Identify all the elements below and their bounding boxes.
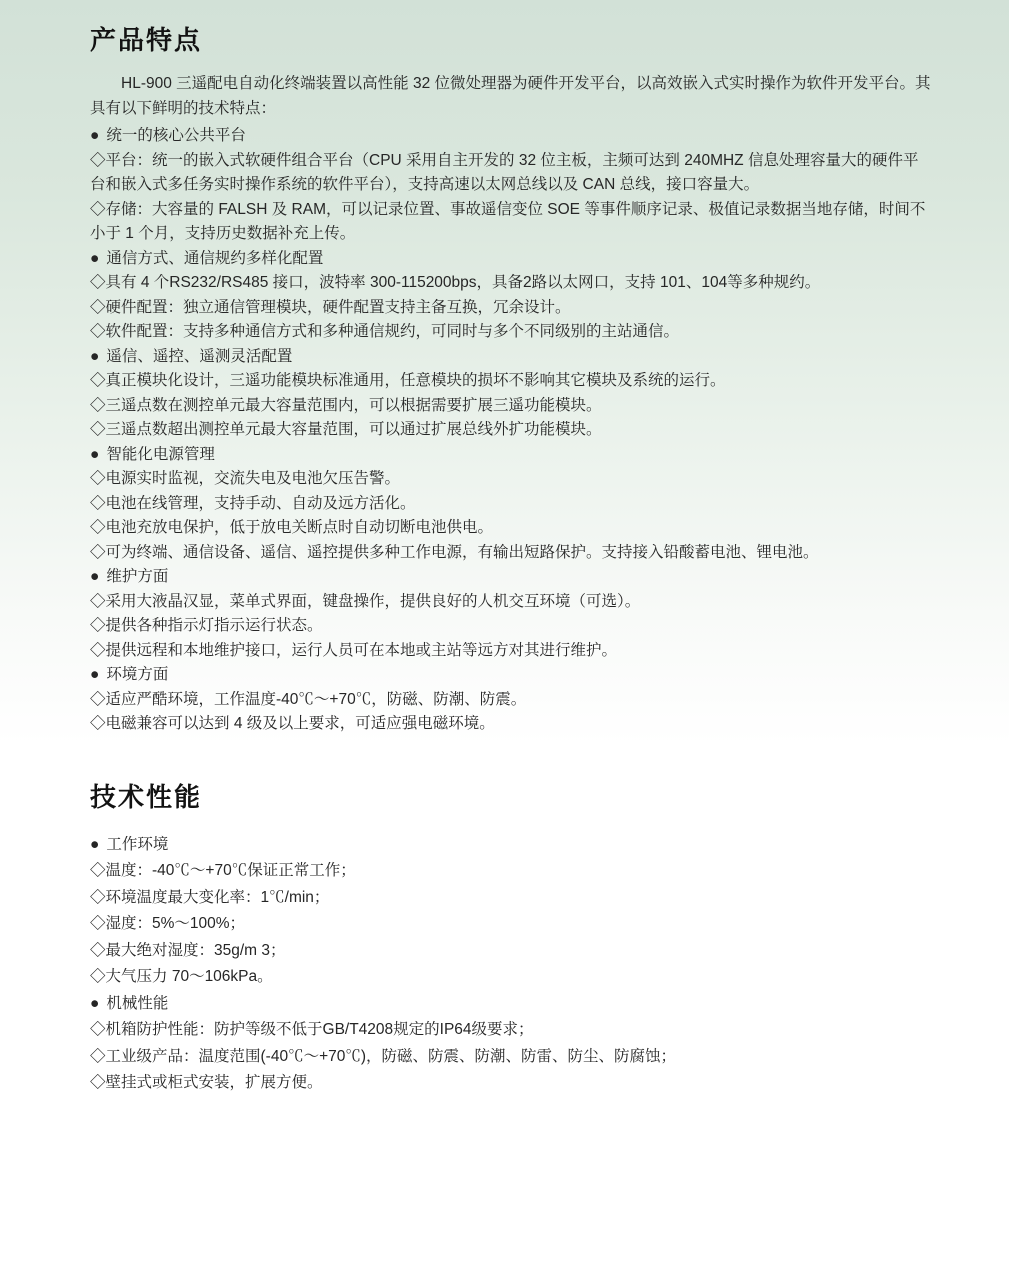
section-features: 产品特点 HL-900 三遥配电自动化终端装置以高性能 32 位微处理器为硬件开… (90, 20, 933, 737)
feature-text: 电池充放电保护，低于放电关断点时自动切断电池供电。 (106, 519, 494, 536)
list-item: ●维护方面 (90, 565, 933, 590)
bullet-icon: ● (90, 995, 99, 1012)
list-item: ●工作环境 (90, 832, 933, 859)
list-item: ◇硬件配置：独立通信管理模块，硬件配置支持主备互换，冗余设计。 (90, 296, 933, 321)
feature-text: 提供各种指示灯指示运行状态。 (106, 617, 323, 634)
diamond-icon: ◇ (90, 715, 106, 732)
spec-text: 工作环境 (106, 836, 168, 853)
bullet-icon: ● (90, 127, 99, 144)
feature-text: 电池在线管理，支持手动、自动及远方活化。 (106, 495, 416, 512)
list-item: ◇温度：-40℃～+70℃保证正常工作； (90, 858, 933, 885)
feature-text: 可为终端、通信设备、遥信、遥控提供多种工作电源，有输出短路保护。支持接入铅酸蓄电… (106, 544, 819, 561)
list-item: ◇电磁兼容可以达到 4 级及以上要求，可适应强电磁环境。 (90, 712, 933, 737)
list-item: ◇适应严酷环境，工作温度-40℃～+70℃，防磁、防潮、防震。 (90, 688, 933, 713)
bullet-icon: ● (90, 348, 99, 365)
feature-text: 提供远程和本地维护接口，运行人员可在本地或主站等远方对其进行维护。 (106, 642, 618, 659)
diamond-icon: ◇ (90, 1048, 106, 1065)
list-item: ◇具有 4 个RS232/RS485 接口，波特率 300-115200bps，… (90, 271, 933, 296)
list-item: ●通信方式、通信规约多样化配置 (90, 247, 933, 272)
feature-text: 通信方式、通信规约多样化配置 (106, 250, 323, 267)
diamond-icon: ◇ (90, 593, 106, 610)
diamond-icon: ◇ (90, 1021, 106, 1038)
diamond-icon: ◇ (90, 299, 106, 316)
bullet-icon: ● (90, 568, 99, 585)
bullet-icon: ● (90, 666, 99, 683)
feature-text: 智能化电源管理 (106, 446, 215, 463)
diamond-icon: ◇ (90, 323, 106, 340)
features-title: 产品特点 (90, 20, 933, 57)
list-item: ◇可为终端、通信设备、遥信、遥控提供多种工作电源，有输出短路保护。支持接入铅酸蓄… (90, 541, 933, 566)
diamond-icon: ◇ (90, 862, 106, 879)
feature-text: 环境方面 (106, 666, 168, 683)
list-item: ◇壁挂式或柜式安装，扩展方便。 (90, 1070, 933, 1097)
feature-text: 维护方面 (106, 568, 168, 585)
list-item: ◇工业级产品：温度范围(-40℃～+70℃)，防磁、防震、防潮、防雷、防尘、防腐… (90, 1044, 933, 1071)
list-item: ●遥信、遥控、遥测灵活配置 (90, 345, 933, 370)
list-item: ◇电池在线管理，支持手动、自动及远方活化。 (90, 492, 933, 517)
feature-text: 适应严酷环境，工作温度-40℃～+70℃，防磁、防潮、防震。 (106, 691, 527, 708)
feature-text: 具有 4 个RS232/RS485 接口，波特率 300-115200bps，具… (106, 274, 821, 291)
spec-text: 壁挂式或柜式安装，扩展方便。 (106, 1074, 323, 1091)
feature-text: 存储：大容量的 FALSH 及 RAM，可以记录位置、事故遥信变位 SOE 等事… (90, 201, 925, 243)
list-item: ◇电源实时监视，交流失电及电池欠压告警。 (90, 467, 933, 492)
spec-text: 机械性能 (106, 995, 168, 1012)
diamond-icon: ◇ (90, 889, 106, 906)
list-item: ◇真正模块化设计，三遥功能模块标准通用，任意模块的损坏不影响其它模块及系统的运行… (90, 369, 933, 394)
diamond-icon: ◇ (90, 942, 106, 959)
feature-text: 统一的核心公共平台 (106, 127, 246, 144)
spec-text: 湿度：5%～100%； (106, 915, 246, 932)
diamond-icon: ◇ (90, 201, 106, 218)
feature-text: 平台：统一的嵌入式软硬件组合平台（CPU 采用自主开发的 32 位主板，主频可达… (90, 152, 918, 194)
feature-text: 电源实时监视，交流失电及电池欠压告警。 (106, 470, 401, 487)
list-item: ●智能化电源管理 (90, 443, 933, 468)
spec-text: 大气压力 70～106kPa。 (106, 968, 273, 985)
list-item: ◇提供远程和本地维护接口，运行人员可在本地或主站等远方对其进行维护。 (90, 639, 933, 664)
list-item: ◇机箱防护性能：防护等级不低于GB/T4208规定的IP64级要求； (90, 1017, 933, 1044)
diamond-icon: ◇ (90, 642, 106, 659)
list-item: ◇平台：统一的嵌入式软硬件组合平台（CPU 采用自主开发的 32 位主板，主频可… (90, 149, 933, 198)
feature-text: 三遥点数超出测控单元最大容量范围，可以通过扩展总线外扩功能模块。 (106, 421, 602, 438)
bullet-icon: ● (90, 250, 99, 267)
feature-text: 遥信、遥控、遥测灵活配置 (106, 348, 292, 365)
document-page: 产品特点 HL-900 三遥配电自动化终端装置以高性能 32 位微处理器为硬件开… (0, 0, 1009, 1284)
feature-text: 采用大液晶汉显，菜单式界面，键盘操作，提供良好的人机交互环境（可选）。 (106, 593, 641, 610)
features-intro: HL-900 三遥配电自动化终端装置以高性能 32 位微处理器为硬件开发平台，以… (90, 71, 933, 121)
feature-text: 硬件配置：独立通信管理模块，硬件配置支持主备互换，冗余设计。 (106, 299, 571, 316)
spec-text: 工业级产品：温度范围(-40℃～+70℃)，防磁、防震、防潮、防雷、防尘、防腐蚀… (106, 1048, 677, 1065)
spec-text: 机箱防护性能：防护等级不低于GB/T4208规定的IP64级要求； (106, 1021, 534, 1038)
spec-text: 环境温度最大变化率：1℃/min； (106, 889, 330, 906)
list-item: ●统一的核心公共平台 (90, 124, 933, 149)
diamond-icon: ◇ (90, 274, 106, 291)
list-item: ◇软件配置：支持多种通信方式和多种通信规约，可同时与多个不同级别的主站通信。 (90, 320, 933, 345)
list-item: ◇存储：大容量的 FALSH 及 RAM，可以记录位置、事故遥信变位 SOE 等… (90, 198, 933, 247)
diamond-icon: ◇ (90, 495, 106, 512)
feature-text: 真正模块化设计，三遥功能模块标准通用，任意模块的损坏不影响其它模块及系统的运行。 (106, 372, 726, 389)
list-item: ◇电池充放电保护，低于放电关断点时自动切断电池供电。 (90, 516, 933, 541)
bullet-icon: ● (90, 446, 99, 463)
bullet-icon: ● (90, 836, 99, 853)
diamond-icon: ◇ (90, 544, 106, 561)
list-item: ◇湿度：5%～100%； (90, 911, 933, 938)
feature-text: 三遥点数在测控单元最大容量范围内，可以根据需要扩展三遥功能模块。 (106, 397, 602, 414)
list-item: ◇环境温度最大变化率：1℃/min； (90, 885, 933, 912)
diamond-icon: ◇ (90, 397, 106, 414)
diamond-icon: ◇ (90, 691, 106, 708)
list-item: ◇采用大液晶汉显，菜单式界面，键盘操作，提供良好的人机交互环境（可选）。 (90, 590, 933, 615)
section-specs: 技术性能 ●工作环境 ◇温度：-40℃～+70℃保证正常工作； ◇环境温度最大变… (90, 777, 933, 1097)
list-item: ◇三遥点数超出测控单元最大容量范围，可以通过扩展总线外扩功能模块。 (90, 418, 933, 443)
list-item: ◇大气压力 70～106kPa。 (90, 964, 933, 991)
specs-title: 技术性能 (90, 777, 933, 814)
diamond-icon: ◇ (90, 915, 106, 932)
feature-text: 电磁兼容可以达到 4 级及以上要求，可适应强电磁环境。 (106, 715, 495, 732)
list-item: ◇三遥点数在测控单元最大容量范围内，可以根据需要扩展三遥功能模块。 (90, 394, 933, 419)
list-item: ●环境方面 (90, 663, 933, 688)
diamond-icon: ◇ (90, 617, 106, 634)
diamond-icon: ◇ (90, 1074, 106, 1091)
diamond-icon: ◇ (90, 968, 106, 985)
spec-text: 最大绝对湿度：35g/m 3； (106, 942, 286, 959)
spec-text: 温度：-40℃～+70℃保证正常工作； (106, 862, 356, 879)
list-item: ◇最大绝对湿度：35g/m 3； (90, 938, 933, 965)
list-item: ◇提供各种指示灯指示运行状态。 (90, 614, 933, 639)
diamond-icon: ◇ (90, 372, 106, 389)
diamond-icon: ◇ (90, 519, 106, 536)
diamond-icon: ◇ (90, 470, 106, 487)
list-item: ●机械性能 (90, 991, 933, 1018)
diamond-icon: ◇ (90, 152, 106, 169)
feature-text: 软件配置：支持多种通信方式和多种通信规约，可同时与多个不同级别的主站通信。 (106, 323, 680, 340)
diamond-icon: ◇ (90, 421, 106, 438)
